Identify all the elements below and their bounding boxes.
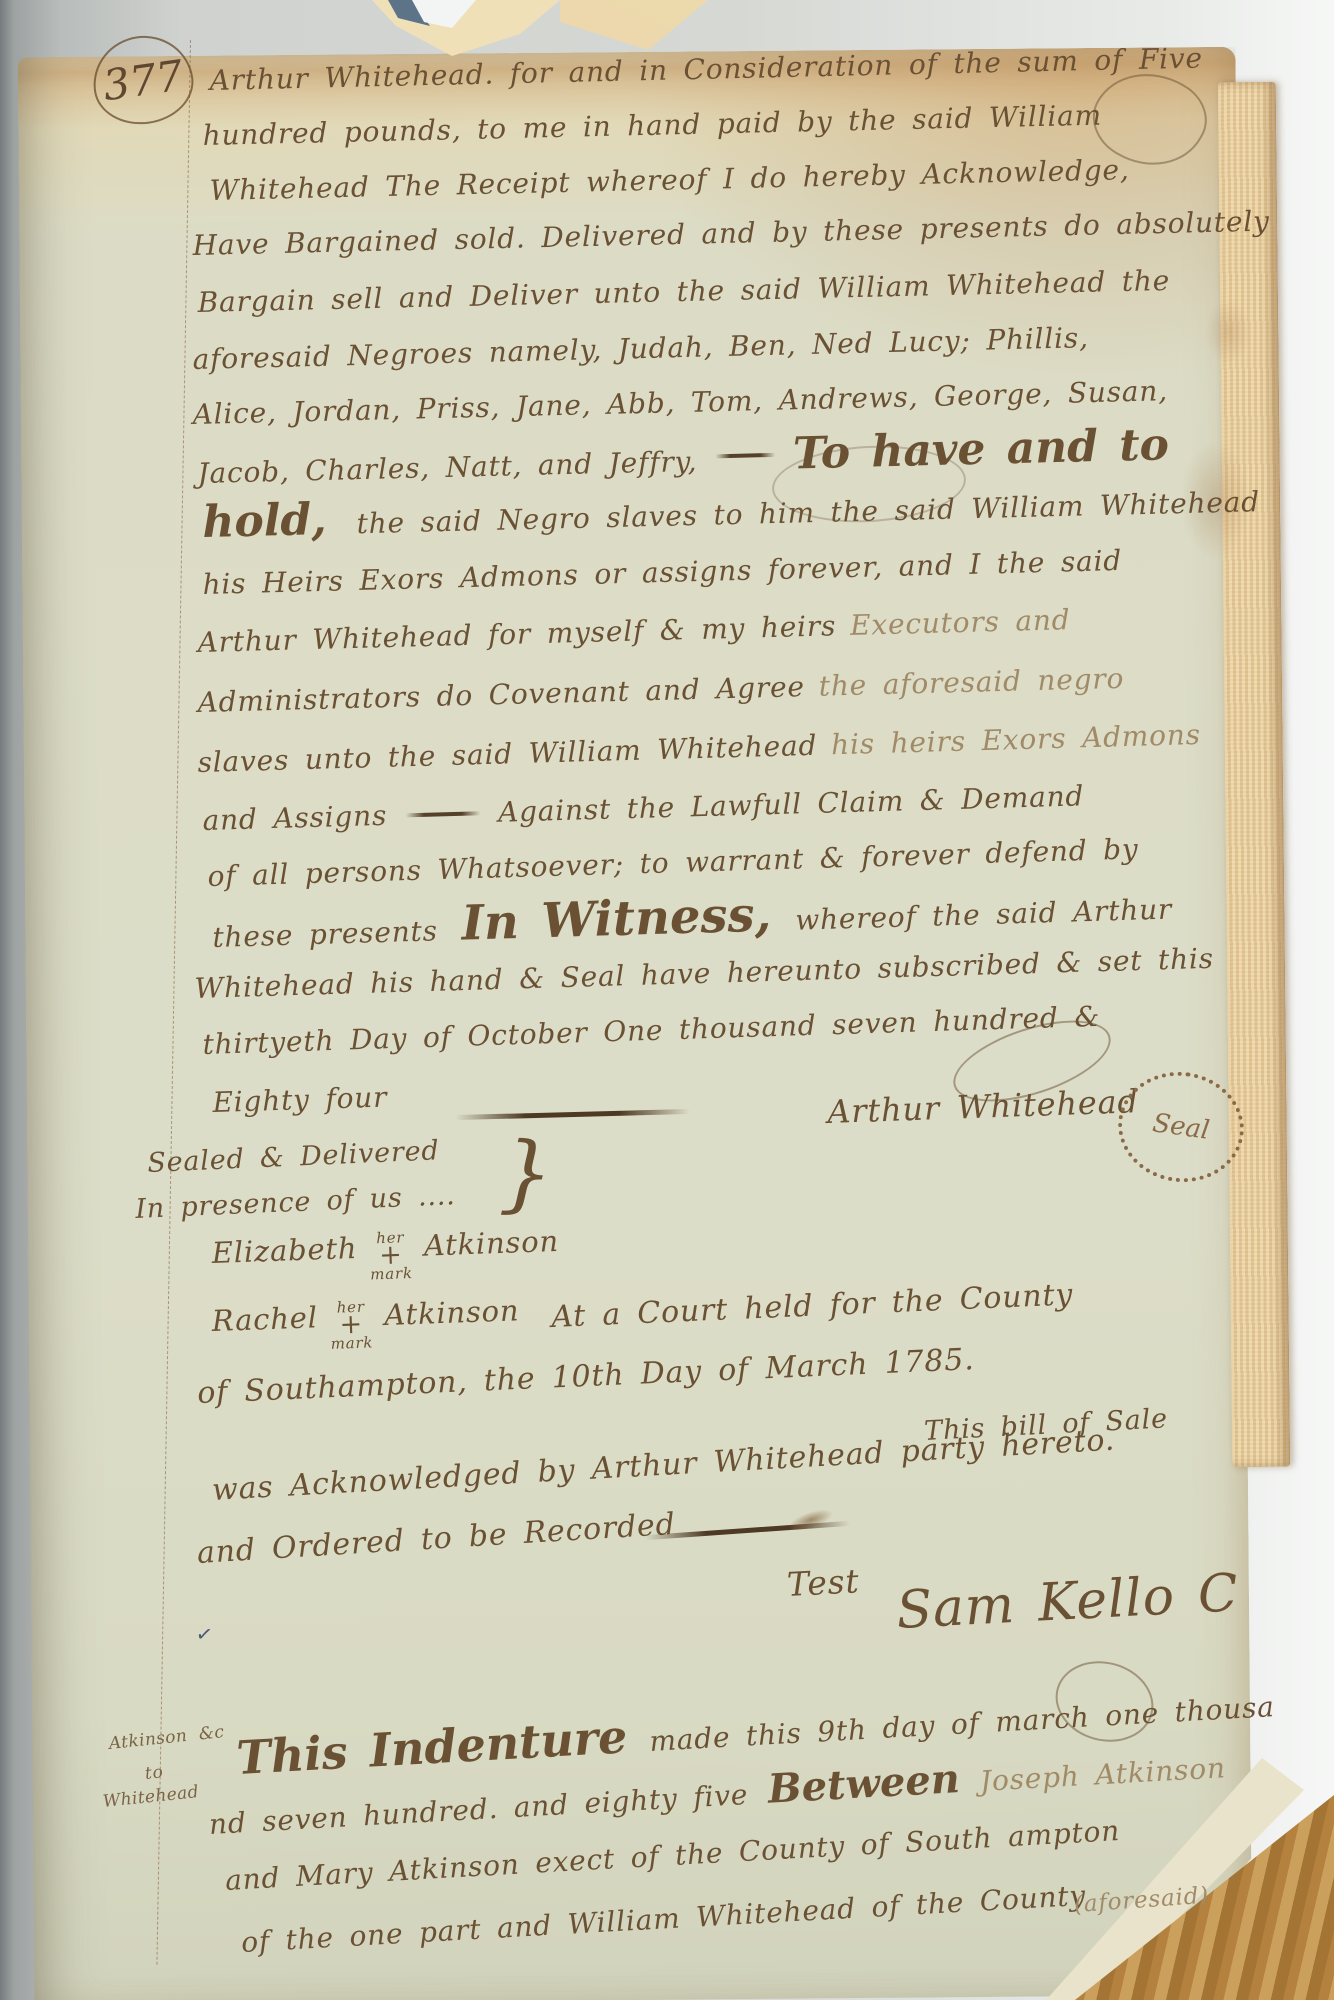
witness-2-surname: Atkinson [384,1295,520,1330]
deed-line-11-faded: Executors and [850,605,1071,640]
deed-line-14-text: and Assigns [202,801,387,836]
witness-brace: } [498,1128,555,1218]
mark-label: mark [370,1267,413,1281]
deed-line-19: Eighty four [212,1083,388,1118]
deed-line-9-large: hold, [202,497,327,546]
her-mark-stack: her + mark [329,1300,373,1350]
her-mark-stack: her + mark [369,1231,413,1281]
indenture-line-2-large: Between [767,1758,961,1811]
seal-label: Seal [1151,1108,1212,1146]
ink-dash-icon [715,453,775,458]
page-number: 377 [100,50,186,110]
deed-line-12-faded: the aforesaid negro [818,664,1124,701]
mark-label: mark [330,1336,373,1350]
photo-backdrop: 377 Arthur Whitehead. for and in Conside… [0,0,1334,2000]
witness-1-surname: Atkinson [423,1226,559,1261]
witness-2-name: Rachel [211,1302,318,1336]
margin-note-2: to [144,1764,164,1784]
deed-line-16-large: In Witness, [461,889,772,949]
deed-line-16-text: these presents [212,916,438,952]
deed-line-16-text-b: whereof the said Arthur [795,895,1173,936]
ink-dash-icon [405,811,480,817]
witness-1-name: Elizabeth [211,1233,358,1268]
court-test-label: Test [786,1564,860,1602]
ink-stain-2 [1205,300,1251,364]
check-mark-icon: ✓ [194,1621,214,1647]
